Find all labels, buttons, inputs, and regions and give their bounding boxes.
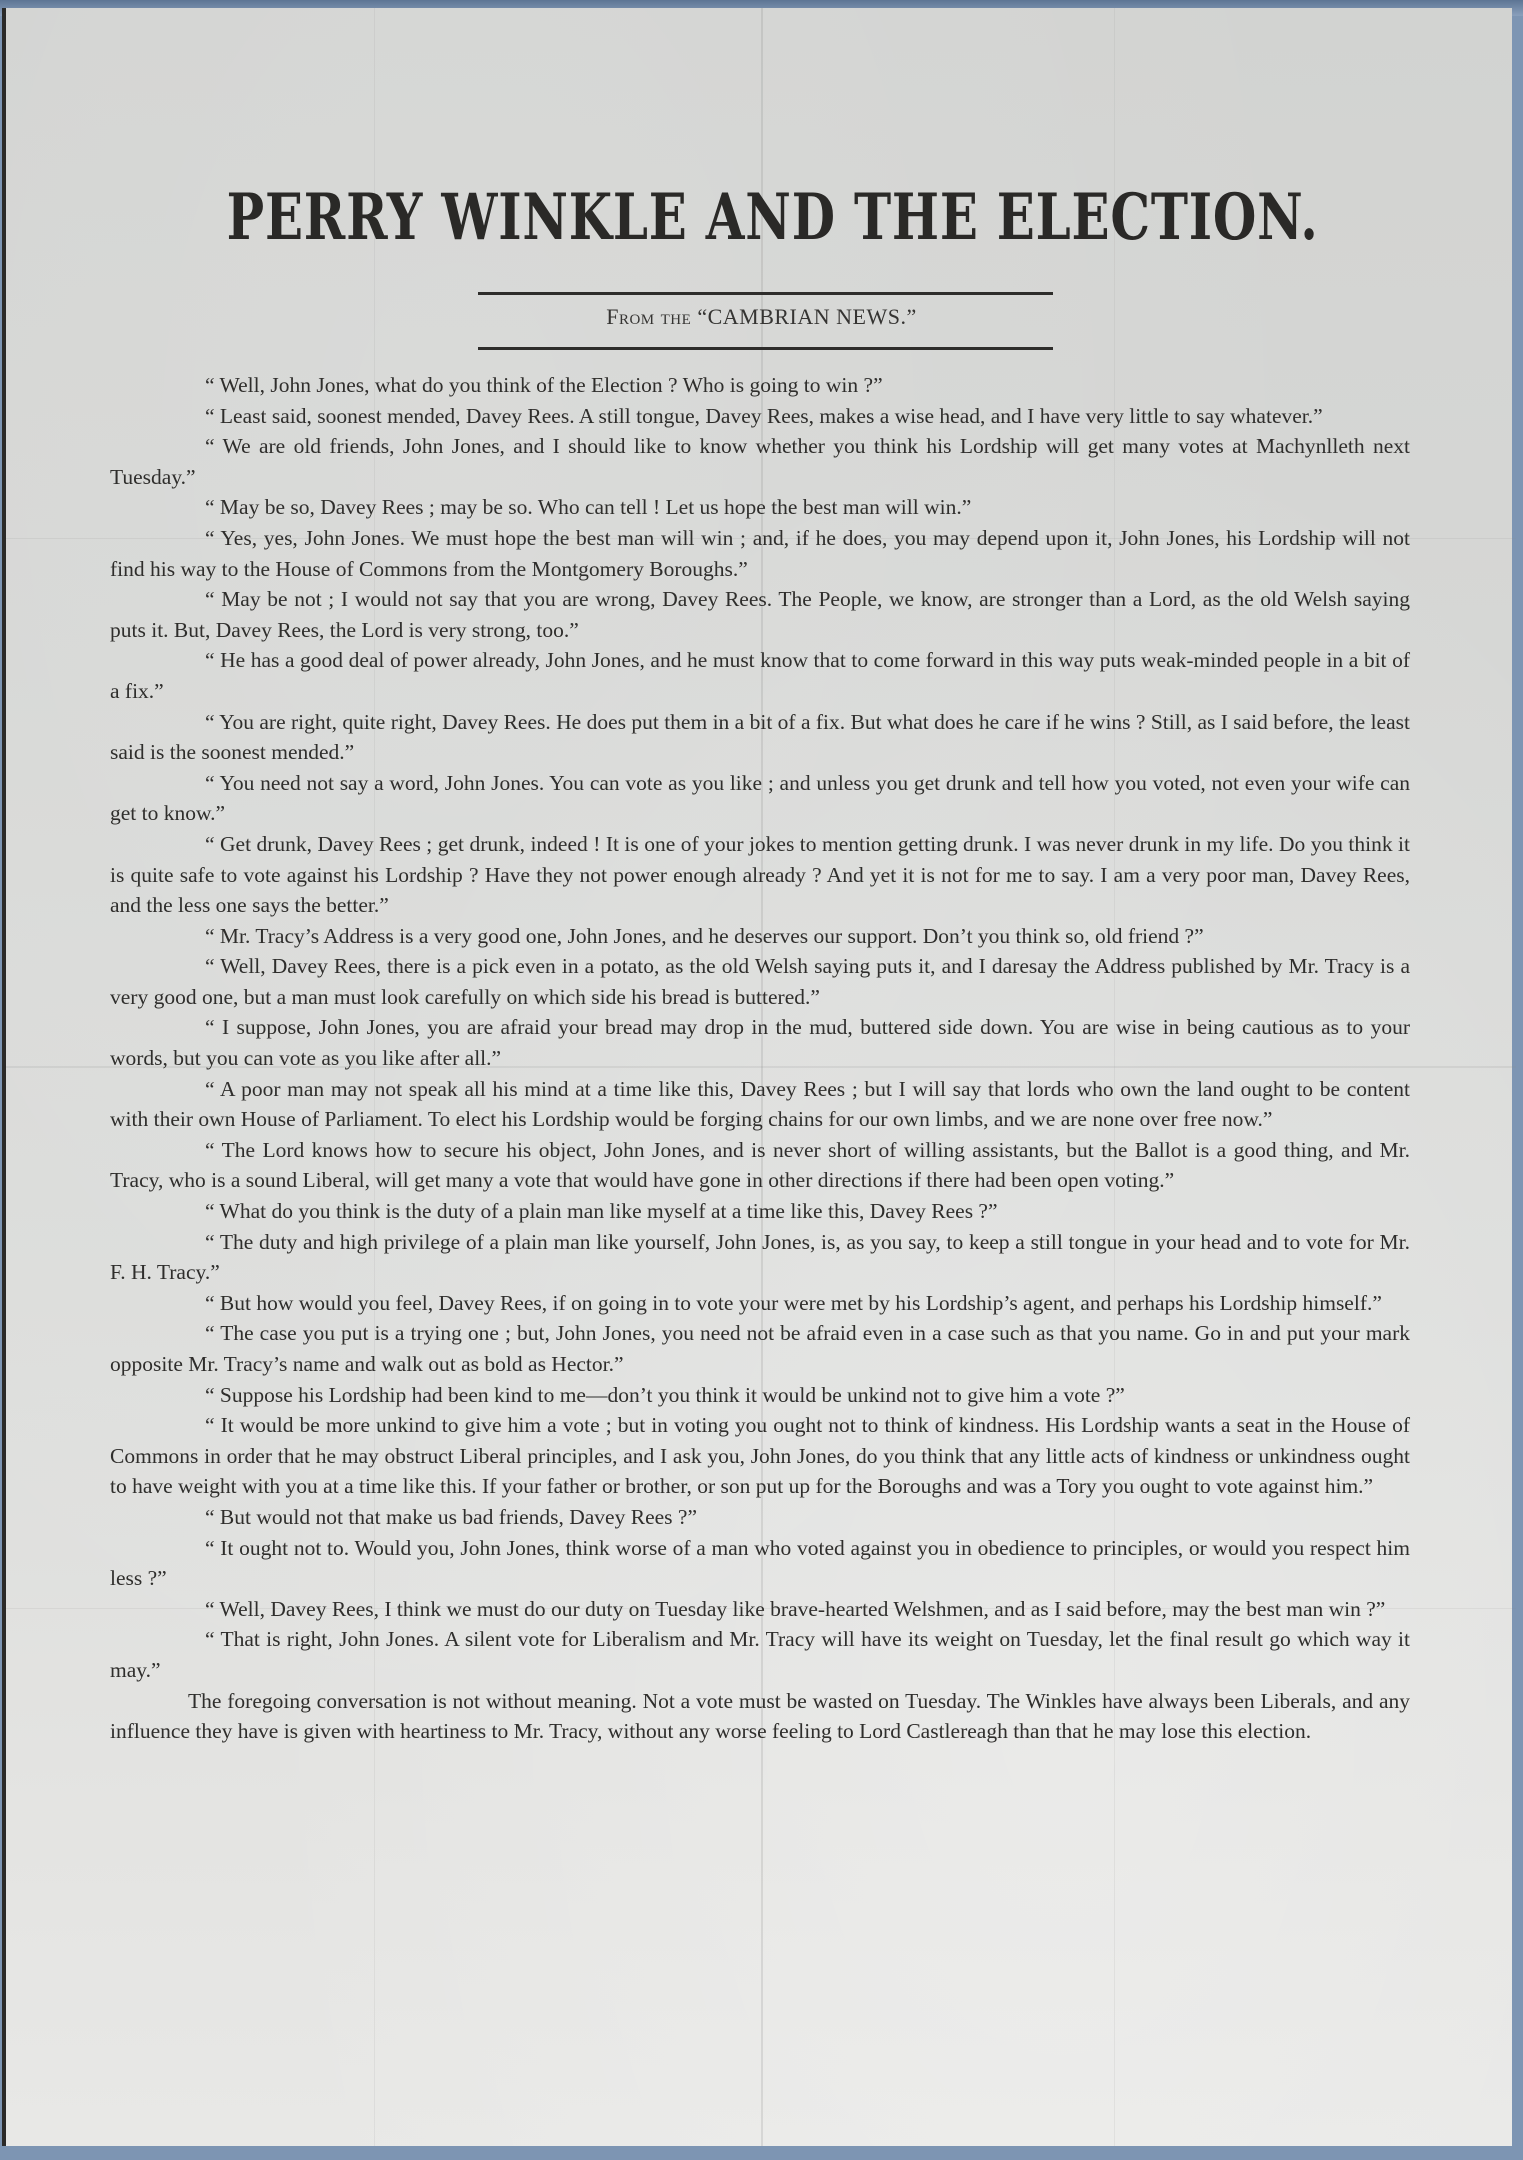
dialogue-paragraph: “ What do you think is the duty of a pla…	[110, 1196, 1410, 1227]
dialogue-paragraph: “ We are old friends, John Jones, and I …	[110, 431, 1410, 492]
closing-paragraph: The foregoing conversation is not withou…	[110, 1686, 1410, 1747]
dialogue-paragraph: “ Mr. Tracy’s Address is a very good one…	[110, 921, 1410, 952]
dialogue-paragraph: “ It would be more unkind to give him a …	[110, 1410, 1410, 1502]
dialogue-paragraph: “ I suppose, John Jones, you are afraid …	[110, 1012, 1410, 1073]
dialogue-paragraph: “ Suppose his Lordship had been kind to …	[110, 1380, 1410, 1411]
dialogue-paragraph: “ It ought not to. Would you, John Jones…	[110, 1533, 1410, 1594]
source-name: “CAMBRIAN NEWS.”	[697, 304, 916, 329]
dialogue-paragraph: “ The Lord knows how to secure his objec…	[110, 1135, 1410, 1196]
document-title: PERRY WINKLE AND THE ELECTION.	[179, 186, 1367, 250]
dialogue-paragraph: “ May be so, Davey Rees ; may be so. Who…	[110, 492, 1410, 523]
dialogue-paragraph: “ But would not that make us bad friends…	[110, 1502, 1410, 1533]
source-prefix: From the	[606, 304, 691, 329]
dialogue-paragraph: “ The case you put is a trying one ; but…	[110, 1318, 1410, 1379]
dialogue-paragraph: “ A poor man may not speak all his mind …	[110, 1074, 1410, 1135]
dialogue-paragraph: “ Least said, soonest mended, Davey Rees…	[110, 401, 1410, 432]
dialogue-paragraph: “ Well, Davey Rees, there is a pick even…	[110, 951, 1410, 1012]
source-attribution: From the “CAMBRIAN NEWS.”	[0, 304, 1523, 330]
dialogue-paragraph: “ Well, John Jones, what do you think of…	[110, 370, 1410, 401]
dialogue-paragraph: “ But how would you feel, Davey Rees, if…	[110, 1288, 1410, 1319]
dialogue-body: “ Well, John Jones, what do you think of…	[110, 370, 1410, 1747]
dialogue-paragraph: “ Yes, yes, John Jones. We must hope the…	[110, 523, 1410, 584]
dialogue-paragraph: “ You need not say a word, John Jones. Y…	[110, 768, 1410, 829]
dialogue-paragraph: “ He has a good deal of power already, J…	[110, 645, 1410, 706]
title-rule-bottom	[478, 347, 1053, 350]
title-rule-top	[478, 292, 1053, 295]
dialogue-paragraph: “ Get drunk, Davey Rees ; get drunk, ind…	[110, 829, 1410, 921]
dialogue-paragraph: “ That is right, John Jones. A silent vo…	[110, 1624, 1410, 1685]
dialogue-paragraph: “ May be not ; I would not say that you …	[110, 584, 1410, 645]
dialogue-paragraph: “ Well, Davey Rees, I think we must do o…	[110, 1594, 1410, 1625]
dialogue-paragraph: “ The duty and high privilege of a plain…	[110, 1227, 1410, 1288]
dialogue-paragraph: “ You are right, quite right, Davey Rees…	[110, 707, 1410, 768]
